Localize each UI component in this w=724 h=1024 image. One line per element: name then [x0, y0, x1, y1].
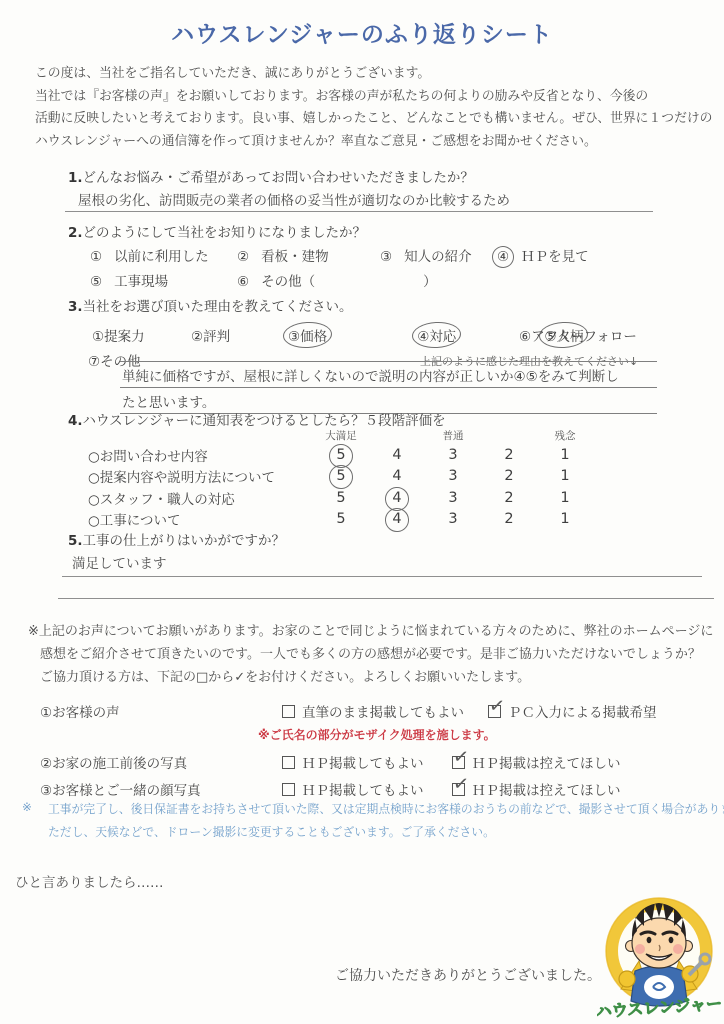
eye-left [647, 937, 652, 943]
q3-option-4-selected: ④対応 [417, 325, 456, 345]
rating-4: 4 [369, 468, 425, 484]
mascot-name-text: ハウスレンジャー [597, 994, 721, 1021]
photo-note-line: 工事が完了し、後日保証書をお持ちさせて頂いた際、又は定期点検時にお客様のおうちの… [48, 800, 724, 817]
mascot-illustration: ハウスレンジャー [597, 891, 721, 1021]
rating-3: 3 [425, 468, 481, 484]
table-row: ○スタッフ・職人の対応 5 4 3 2 1 [88, 487, 673, 509]
intro-line: 活動に反映したいと考えております。良い事、嬉しかったこと、どんなことでも構いませ… [35, 108, 712, 131]
rating-2: 2 [481, 490, 537, 506]
rule-line [58, 598, 714, 599]
rating-2: 2 [481, 447, 537, 463]
checkbox-icon[interactable] [282, 783, 295, 796]
rating-3: 3 [425, 511, 481, 527]
q2-option-6: ⑥その他（ ） [237, 270, 437, 290]
intro-line: ハウスレンジャーへの通信簿を作って頂けませんか？率直なご意見・ご感想をお聞かせく… [35, 131, 712, 154]
consent-row2-label: ②お家の施工前後の写真 [40, 752, 187, 772]
question-1: 1.どんなお悩み・ご希望があってお問い合わせいただきましたか？ [68, 166, 474, 186]
question-1-answer: 屋根の劣化、訪問販売の業者の価格の妥当性が適切なのか比較するため [78, 189, 510, 209]
consent-row3-option2-checked: ＨＰ掲載は控えてほしい [452, 779, 621, 799]
header-worst: 残念 [537, 428, 593, 443]
cheek-left [635, 944, 645, 954]
request-paragraph: ※上記のお声についてお願いがあります。お家のことで同じように悩まれている方々のた… [28, 620, 713, 689]
rating-5: 5 [313, 490, 369, 506]
rating-1: 1 [537, 511, 593, 527]
mascot-logo: ハウスレンジャー [597, 891, 721, 1021]
checkbox-checked-icon[interactable] [452, 756, 465, 769]
checkbox-icon[interactable] [282, 756, 295, 769]
q3-option-6: ⑥アフターフォロー [519, 325, 637, 345]
question-1-text: どんなお悩み・ご希望があってお問い合わせいただきましたか？ [83, 170, 474, 186]
rating-5-circled: 5 [313, 468, 369, 484]
photo-note-line: ただし、天候などで、ドローン撮影に変更することもございます。ご了承ください。 [48, 823, 495, 840]
question-2: 2.どのようにして当社をお知りになりましたか？ [68, 221, 366, 241]
rating-2: 2 [481, 511, 537, 527]
question-5-text: 工事の仕上がりはいかがですか？ [83, 533, 286, 549]
q2-option-2: ②看板・建物 [237, 245, 329, 265]
consent-row2-option1: ＨＰ掲載してもよい [282, 752, 424, 772]
consent-row3-label: ③お客様とご一緒の顔写真 [40, 779, 201, 799]
q3-option-2: ②評判 [191, 325, 230, 345]
intro-paragraph: この度は、当社をご指名していただき、誠にありがとうございます。 当社では『お客様… [35, 63, 712, 153]
question-4: 4.ハウスレンジャーに通知表をつけるとしたら？５段階評価を [68, 409, 446, 429]
rating-1: 1 [537, 468, 593, 484]
rating-table: 大満足 普通 残念 ○お問い合わせ内容 5 4 3 2 1 ○提案内容や説明方法… [88, 428, 673, 530]
q3-option-3-selected: ③価格 [288, 325, 327, 345]
table-row: ○提案内容や説明方法について 5 4 3 2 1 [88, 466, 673, 488]
rating-4: 4 [369, 447, 425, 463]
q2-option-4-selected: ④ＨＰを見て [497, 245, 589, 265]
photo-note-mark: ※ [22, 800, 32, 814]
rating-1: 1 [537, 490, 593, 506]
question-3-number: 3. [68, 299, 83, 315]
rating-3: 3 [425, 490, 481, 506]
header-best: 大満足 [313, 428, 369, 443]
rating-2: 2 [481, 468, 537, 484]
feedback-sheet: ハウスレンジャーのふり返りシート この度は、当社をご指名していただき、誠にありが… [0, 0, 724, 1024]
question-5-number: 5. [68, 533, 83, 549]
consent-row1-option1: 直筆のまま掲載してもよい [282, 701, 464, 721]
q3-answer-line: 単純に価格ですが、屋根に詳しくないので説明の内容が正しいか④⑤をみて判断し [120, 362, 657, 388]
checkbox-checked-icon[interactable] [452, 783, 465, 796]
table-row: ○工事について 5 4 3 2 1 [88, 509, 673, 531]
hand-drawn-circle: ④ [497, 249, 509, 265]
checkbox-icon[interactable] [282, 705, 295, 718]
question-3-text: 当社をお選び頂いた理由を教えてください。 [83, 299, 353, 315]
eye-right [669, 937, 674, 943]
glove-left [619, 971, 635, 987]
checkbox-checked-icon[interactable] [488, 705, 501, 718]
rating-5-circled: 5 [313, 447, 369, 463]
comment-prompt: ひと言ありましたら…… [15, 871, 164, 891]
q2-option-1: ①以前に利用した [90, 245, 209, 265]
rating-5: 5 [313, 511, 369, 527]
row-label: ○お問い合わせ内容 [88, 445, 313, 465]
q3-option-1: ①提案力 [92, 325, 145, 345]
request-line: 感想をご紹介させて頂きたいのです。一人でも多くの方の感想が必要です。是非ご協力い… [28, 643, 713, 666]
row-label: ○工事について [88, 509, 313, 529]
rule-line [62, 576, 702, 577]
question-4-number: 4. [68, 413, 83, 429]
rating-table-header: 大満足 普通 残念 [88, 428, 673, 444]
request-line: ご協力頂ける方は、下記の□から✓をお付けください。よろしくお願いいたします。 [28, 666, 713, 689]
q3-answer-box: 単純に価格ですが、屋根に詳しくないので説明の内容が正しいか④⑤をみて判断し たと… [120, 361, 657, 414]
mosaic-note: ※ご氏名の部分がモザイク処理を施します。 [258, 726, 496, 743]
consent-row1-option2-checked: ＰＣ入力による掲載希望 [488, 701, 657, 721]
table-row: ○お問い合わせ内容 5 4 3 2 1 [88, 444, 673, 466]
question-5: 5.工事の仕上がりはいかがですか？ [68, 529, 285, 549]
question-5-answer: 満足しています [72, 552, 167, 572]
question-2-number: 2. [68, 225, 83, 241]
consent-row1-label: ①お客様の声 [40, 701, 120, 721]
question-1-number: 1. [68, 170, 83, 186]
chest-emblem [644, 975, 674, 999]
cheek-right [673, 944, 683, 954]
rating-3: 3 [425, 447, 481, 463]
question-2-text: どのようにして当社をお知りになりましたか？ [83, 225, 367, 241]
rule-line [65, 211, 653, 212]
q2-option-3: ③知人の紹介 [380, 245, 472, 265]
request-line: ※上記のお声についてお願いがあります。お家のことで同じように悩まれている方々のた… [28, 620, 713, 643]
row-label: ○スタッフ・職人の対応 [88, 488, 313, 508]
rating-4-circled: 4 [369, 490, 425, 506]
question-4-text: ハウスレンジャーに通知表をつけるとしたら？５段階評価を [83, 413, 446, 429]
q2-option-5: ⑤工事現場 [90, 270, 168, 290]
question-3: 3.当社をお選び頂いた理由を教えてください。 [68, 295, 353, 315]
rating-4-circled: 4 [369, 511, 425, 527]
rating-1: 1 [537, 447, 593, 463]
consent-row2-option2-checked: ＨＰ掲載は控えてほしい [452, 752, 621, 772]
thanks-text: ご協力いただきありがとうございました。 [335, 965, 601, 985]
consent-row3-option1: ＨＰ掲載してもよい [282, 779, 424, 799]
header-mid: 普通 [425, 428, 481, 443]
page-title: ハウスレンジャーのふり返りシート [0, 16, 724, 49]
intro-line: 当社では『お客様の声』をお願いしております。お客様の声が私たちの何よりの励みや反… [35, 86, 712, 109]
row-label: ○提案内容や説明方法について [88, 466, 313, 486]
intro-line: この度は、当社をご指名していただき、誠にありがとうございます。 [35, 63, 712, 86]
